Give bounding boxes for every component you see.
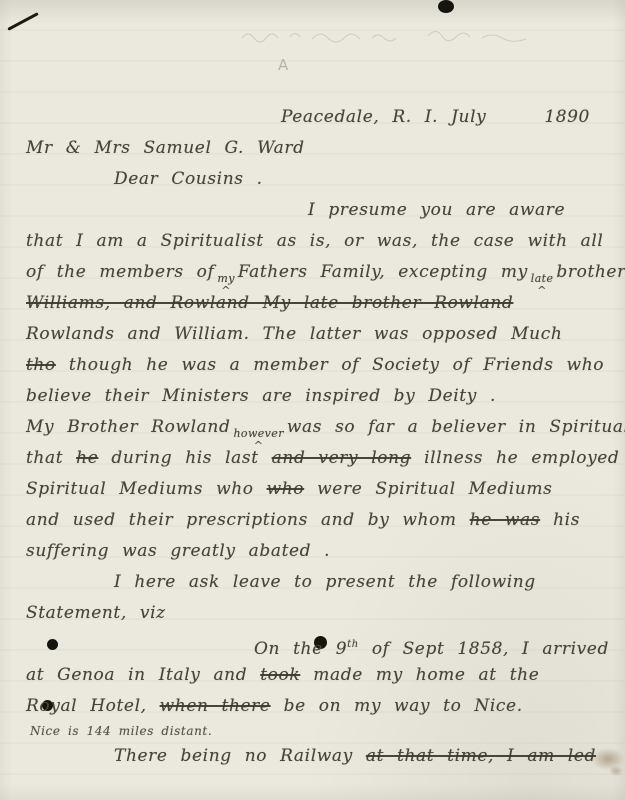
- handwritten-text: illness he employed: [411, 448, 619, 468]
- handwritten-text: were Spiritual Mediums: [304, 479, 552, 499]
- handwritten-text: My Brother Rowland: [26, 417, 230, 437]
- struck-text: who: [267, 479, 305, 499]
- handwritten-text: Spiritual Mediums who: [26, 479, 267, 499]
- letter-line: I here ask leave to present the followin…: [26, 567, 611, 598]
- letter-line: at Genoa in Italy and took made my home …: [26, 660, 611, 691]
- letter-line: Spiritual Mediums who who were Spiritual…: [26, 474, 611, 505]
- letter-line: On the 9th of Sept 1858, I arrived: [26, 629, 611, 660]
- letter-line: and used their prescriptions and by whom…: [26, 505, 611, 536]
- handwritten-text: suffering was greatly abated .: [26, 541, 330, 561]
- caret-icon: ^: [537, 286, 547, 295]
- struck-text: took: [260, 665, 300, 685]
- letter-line: Royal Hotel, when there be on my way to …: [26, 691, 611, 722]
- handwritten-text: brothers: [556, 262, 625, 282]
- handwritten-text: Rowlands and William. The latter was opp…: [26, 324, 562, 344]
- struck-text: he: [76, 448, 98, 468]
- handwritten-text: at Genoa in Italy and: [26, 665, 260, 685]
- handwritten-text: of the members of: [26, 262, 214, 282]
- handwritten-text: On the 9: [254, 639, 347, 659]
- handwritten-text: though he was a member of Society of Fri…: [56, 355, 604, 375]
- letter-line: that I am a Spiritualist as is, or was, …: [26, 226, 611, 257]
- letter-line: Statement, viz: [26, 598, 611, 629]
- letter-line: Rowlands and William. The latter was opp…: [26, 319, 611, 350]
- interline-insertion: late^: [531, 276, 554, 295]
- handwritten-text: that: [26, 448, 76, 468]
- handwritten-text: and used their prescriptions and by whom: [26, 510, 470, 530]
- handwritten-text: Fathers Family, excepting my: [238, 262, 528, 282]
- letter-line: that he during his last and very long il…: [26, 443, 611, 474]
- struck-text: at that time, I am led: [366, 746, 596, 766]
- handwritten-text: th: [347, 639, 359, 650]
- letter-line: Williams, and Rowland My late brother Ro…: [26, 288, 611, 319]
- letter-line: Dear Cousins .: [26, 164, 611, 195]
- letter-line: There being no Railway at that time, I a…: [26, 741, 611, 772]
- handwritten-text: Statement, viz: [26, 603, 166, 623]
- struck-text: tho: [26, 355, 56, 375]
- handwritten-text: There being no Railway: [114, 746, 366, 766]
- handwritten-text: Royal Hotel,: [26, 696, 160, 716]
- handwritten-text: Dear Cousins .: [114, 169, 263, 189]
- handwritten-text: 1890: [544, 107, 590, 127]
- handwritten-text: made my home at the: [300, 665, 539, 685]
- handwritten-text: Peacedale, R. I. July: [281, 107, 486, 127]
- letter-line: Nice is 144 miles distant.: [26, 722, 611, 741]
- letter-line: suffering was greatly abated .: [26, 536, 611, 567]
- letter-line: I presume you are aware: [26, 195, 611, 226]
- letter-text: Peacedale, R. I. July1890Mr & Mrs Samuel…: [0, 0, 625, 772]
- struck-text: he was: [470, 510, 540, 530]
- handwritten-text: be on my way to Nice.: [271, 696, 523, 716]
- handwritten-text: Nice is 144 miles distant.: [30, 724, 212, 738]
- letter-line: of the members ofmy^Fathers Family, exce…: [26, 257, 611, 288]
- ink-smudge: [609, 766, 623, 776]
- struck-text: when there: [160, 696, 271, 716]
- handwritten-text: was so far a believer in Spiritualism: [287, 417, 625, 437]
- handwritten-text: of Sept 1858, I arrived: [359, 639, 609, 659]
- handwritten-text: Mr & Mrs Samuel G. Ward: [26, 138, 305, 158]
- handwritten-text: that I am a Spiritualist as is, or was, …: [26, 231, 603, 251]
- struck-text: Williams, and Rowland My late brother Ro…: [26, 293, 513, 313]
- letter-line: believe their Ministers are inspired by …: [26, 381, 611, 412]
- handwritten-text: I presume you are aware: [308, 200, 565, 220]
- letter-line: Mr & Mrs Samuel G. Ward: [26, 133, 611, 164]
- handwritten-text: during his last: [98, 448, 271, 468]
- letter-line: My Brother Rowlandhowever^was so far a b…: [26, 412, 611, 443]
- letter-line: tho though he was a member of Society of…: [26, 350, 611, 381]
- struck-text: and very long: [272, 448, 411, 468]
- handwritten-text: believe their Ministers are inspired by …: [26, 386, 496, 406]
- letter-lines: Peacedale, R. I. July1890Mr & Mrs Samuel…: [26, 102, 611, 772]
- handwritten-text: I here ask leave to present the followin…: [114, 572, 536, 592]
- letter-line: Peacedale, R. I. July1890: [26, 102, 611, 133]
- letter-scan-page: A Peacedale, R. I. July1890Mr & Mrs Samu…: [0, 0, 625, 800]
- handwritten-text: his: [540, 510, 580, 530]
